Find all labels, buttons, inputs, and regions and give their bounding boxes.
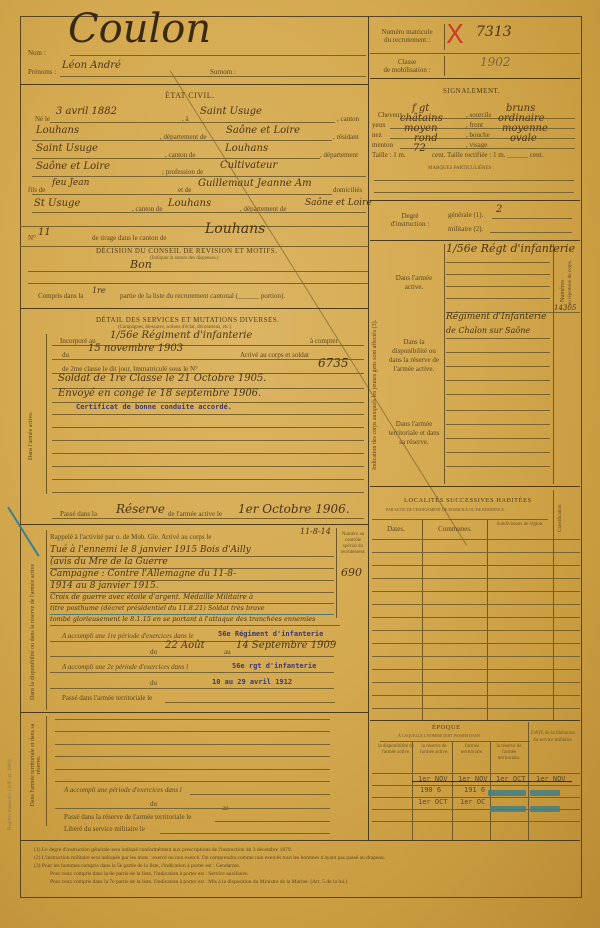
periode2-stamp: 56e rgt d'infanterie — [232, 662, 316, 670]
immatricule-label: de 2me classe le dit jour, Immatriculé s… — [62, 365, 198, 373]
localites-subtitle: PAR SUITE DE CHANGEMENT DE DOMICILE OU D… — [386, 507, 505, 512]
territoriale-periode-label: A accompli une période d'exercices dans … — [64, 786, 182, 794]
blue-stamp-1 — [488, 790, 526, 796]
taille-label: Taille : 1 m. — [372, 151, 406, 159]
a-compter-label: à compter — [310, 337, 338, 345]
name-label: Nom : — [28, 49, 46, 57]
footnote-5: Pour ceux compris dans la 7e partie de l… — [50, 879, 347, 885]
classe-label-1: Classe — [372, 58, 442, 66]
periode1-label: A accompli une 1re période d'exercices d… — [62, 632, 194, 640]
signalement-title: SIGNALEMENT. — [443, 87, 500, 95]
incorporation-date: 15 novembre 1903 — [88, 343, 183, 354]
active-label: Dans l'armée active. — [386, 274, 442, 292]
du-label: du — [62, 351, 69, 359]
passe-label-2: de l'armée active le — [168, 510, 222, 518]
rappele-date: 11-8-14 — [300, 527, 331, 536]
epoque-col-5: DATE de la libération du service militai… — [530, 730, 576, 744]
domicilies-label: domiciliés — [333, 186, 362, 194]
dispo-label: Dans la disponibilité ou dans la réserve… — [386, 338, 442, 374]
residence: Saint Usuge — [36, 143, 98, 154]
yeux-label: yeux — [372, 121, 386, 129]
passe-reserve-territoriale-label: Passé dans la réserve de l'armée territo… — [64, 813, 191, 821]
passe-reserve: Réserve — [116, 502, 165, 516]
etat-civil-title: ÉTAT CIVIL. — [165, 91, 215, 100]
epoque-stamp-2b: 191 6 — [464, 786, 485, 794]
col-dates: Dates. — [372, 525, 420, 533]
menton-label: menton — [372, 141, 393, 149]
territoriale-du-label: du — [150, 800, 157, 808]
incorpore-regiment: 1/56e Régiment d'infanterie — [110, 330, 252, 341]
taille-value: 72 — [413, 143, 426, 154]
profession-label: ; profession de — [162, 168, 203, 176]
territoriale-side-label: Dans l'armée territoriale et dans sa rés… — [30, 720, 42, 810]
epoque-col-4: la réserve de l'armée territoriale. — [490, 744, 528, 762]
margin-note: Registre matricule. (1190 av. 1900) — [8, 759, 13, 830]
envoye-conge: Envoyé en congé le 18 septembre 1906. — [58, 388, 261, 399]
classe-label-2: de mobilisation : — [372, 66, 442, 74]
periode1-au-label: au — [224, 648, 231, 656]
epoque-stamp-2c: 1er OC — [460, 798, 485, 806]
ne-le-label: Né le — [35, 115, 50, 123]
periode1-du: 22 Août — [165, 640, 205, 651]
matricule-corps: 6735 — [318, 356, 349, 370]
col-subdivisions: Subdivisions de région. — [490, 522, 550, 528]
matricule-label-1: Numéro matricule — [372, 28, 442, 36]
soldat-1re-classe: Soldat de 1re Classe le 21 Octobre 1905. — [58, 373, 266, 384]
services-side-label: Dans l'armée active. — [28, 411, 34, 460]
footnote-2: (2) L'instruction militaire sera indiqué… — [34, 855, 385, 861]
rappel-line-5: Croix de guerre avec étoile d'argent. Mé… — [50, 593, 253, 601]
rappel-line-7: tombé glorieusement le 8.1.15 en se port… — [50, 615, 315, 623]
passe-territoriale-label: Passé dans l'armée territoriale le — [62, 694, 152, 702]
birth-departement: Saône et Loire — [226, 125, 300, 136]
affectations-side-label: Indication des corps auxquels les jeunes… — [372, 250, 378, 470]
periode1-stamp: 56e Régiment d'infanterie — [218, 630, 323, 638]
mother-name: Guillemaut Jeanne Am — [198, 178, 312, 189]
numero-controle-value: 690 — [341, 566, 362, 579]
matricule-label-2: du recrutement : — [372, 36, 442, 44]
services-title: DÉTAIL DES SERVICES ET MUTATIONS DIVERSE… — [96, 316, 279, 324]
crossed-mark: X — [446, 22, 464, 48]
libere-label: Libéré du service militaire le — [64, 825, 145, 833]
compris-rest: partie de la liste du recrutement canton… — [120, 292, 285, 300]
prenoms-label: Prénoms : — [28, 68, 56, 76]
nez-label: nez — [372, 131, 382, 139]
rappel-side-label: Dans la disponibilité ou dans la réserve… — [30, 540, 36, 700]
tirage-canton: Louhans — [205, 221, 265, 237]
instruction-label-1: Degré — [380, 212, 440, 220]
arrive-label: Arrivé au corps et soldat — [240, 351, 309, 359]
visage: ovale — [510, 133, 537, 144]
passe-date: 1er Octobre 1906. — [238, 502, 350, 516]
epoque-stamp-1c: 1er OCT — [418, 798, 448, 806]
rappel-line-1: Tué à l'ennemi le 8 janvier 1915 Bois d'… — [50, 545, 251, 555]
periode2-du-label: du — [150, 679, 157, 687]
rappel-line-3: Campagne : Contre l'Allemagne du 11-8- — [50, 569, 236, 579]
blue-stamp-3 — [490, 806, 526, 812]
classe-value: 1902 — [480, 55, 511, 69]
surnom-label: Surnom : — [210, 68, 236, 76]
numeros-label: Numéros — [560, 280, 566, 302]
tirage-no-label: N° — [28, 234, 36, 242]
birth-date: 3 avril 1882 — [56, 106, 117, 117]
parents-departement: Saône et Loire — [305, 198, 372, 208]
decision-title: DÉCISION DU CONSEIL DE REVISION ET MOTIF… — [96, 247, 277, 255]
rappel-line-4: 1914 au 8 janvier 1915. — [50, 581, 159, 591]
compris-value: 1re — [92, 286, 106, 295]
epoque-col-3: l'armée territoriale. — [454, 744, 490, 756]
footnote-3: (3) Pour les hommes compris dans la 5e p… — [34, 863, 240, 869]
epoque-col-2: la réserve de l'armée active. — [414, 744, 454, 756]
epoque-stamp-1b: 190 6 — [420, 786, 441, 794]
localites-title: LOCALITÉS SUCCESSIVES HABITÉES — [404, 497, 532, 504]
col-communes: Communes. — [424, 525, 486, 533]
rappel-line-6: titre posthume (décret présidentiel du 1… — [50, 604, 265, 612]
classification-label: Classification — [558, 505, 563, 533]
decision-value: Bon — [130, 258, 152, 271]
father-name: feu Jean — [52, 178, 89, 188]
periode2-dates: 10 au 29 avril 1912 — [212, 678, 292, 686]
periode2-label: A accompli une 2e période d'exercices da… — [62, 663, 188, 671]
tirage-number: 11 — [38, 227, 51, 238]
fils-label: fils de — [28, 186, 45, 194]
departement-label-2: , département — [320, 151, 358, 159]
reserve-number: 14305 — [554, 304, 576, 312]
repertoire-label: au répertoire du corps. — [568, 260, 573, 305]
residant-label: , résidant — [333, 133, 359, 141]
instruction-militaire-label: militaire (2). — [448, 225, 483, 233]
dispo-value-1: Régiment d'Infanterie — [446, 312, 546, 322]
birth-place: Saint Usuge — [200, 106, 262, 117]
periode1-au: 14 Septembre 1909 — [236, 640, 336, 651]
blue-stamp-2 — [530, 790, 560, 796]
matricule-number: 7313 — [476, 24, 512, 40]
decision-subtitle: (Indiquer la nature des dispenses.) — [150, 256, 218, 261]
tirage-label: de tirage dans le canton de — [92, 234, 166, 242]
prenoms-value: Léon André — [62, 60, 121, 71]
taille-rest: cent. Taille rectifiée : 1 m. ______ cen… — [432, 151, 543, 159]
rappel-line-2: (avis du Mre de la Guerre — [50, 557, 168, 567]
footnote-1: (1) Le degré d'instruction générale sera… — [34, 847, 292, 853]
passe-label: Passé dans la — [60, 510, 97, 518]
instruction-generale-value: 2 — [496, 204, 502, 215]
profession: Cultivateur — [220, 160, 277, 171]
territoriale-label: Dans l'armée territoriale et dans sa rés… — [386, 420, 442, 447]
dispo-value-2: de Chalon sur Saône — [446, 326, 530, 335]
birth-canton: Louhans — [36, 125, 79, 136]
parents-canton: Louhans — [168, 198, 211, 209]
residence-departement: Saône et Loire — [36, 161, 110, 172]
et-de-label: et de — [178, 186, 191, 194]
certificat-stamp: Certificat de bonne conduite accordé. — [76, 403, 232, 411]
instruction-generale-label: générale (1). — [448, 211, 483, 219]
numero-controle-label: Numéro au contrôle spécial du recrutemen… — [339, 532, 367, 556]
rappele-label: Rappelé à l'activité par o. de Mob. Gle.… — [50, 533, 211, 541]
footnote-4: Pour ceux compris dans la 6e partie de l… — [50, 871, 248, 877]
epoque-title: ÉPOQUE — [432, 724, 461, 731]
document-sheet: Coulon Nom : Prénoms : Léon André Surnom… — [0, 0, 600, 928]
surname-handwritten: Coulon — [68, 6, 211, 52]
compris-label: Compris dans la — [38, 292, 84, 300]
marques-label: MARQUES PARTICULIÈRES : — [428, 166, 494, 171]
parents-domicile: St Usuge — [34, 198, 80, 209]
active-value: 1/56e Régt d'infanterie — [446, 242, 575, 255]
residence-canton: Louhans — [225, 143, 268, 154]
blue-stamp-4 — [530, 806, 560, 812]
periode1-du-label: du — [150, 648, 157, 656]
instruction-label-2: d'instruction : — [380, 220, 440, 228]
canton-label: , canton — [337, 115, 359, 123]
epoque-subtitle: À LAQUELLE L'HOMME DOIT PASSER DANS — [398, 733, 480, 738]
